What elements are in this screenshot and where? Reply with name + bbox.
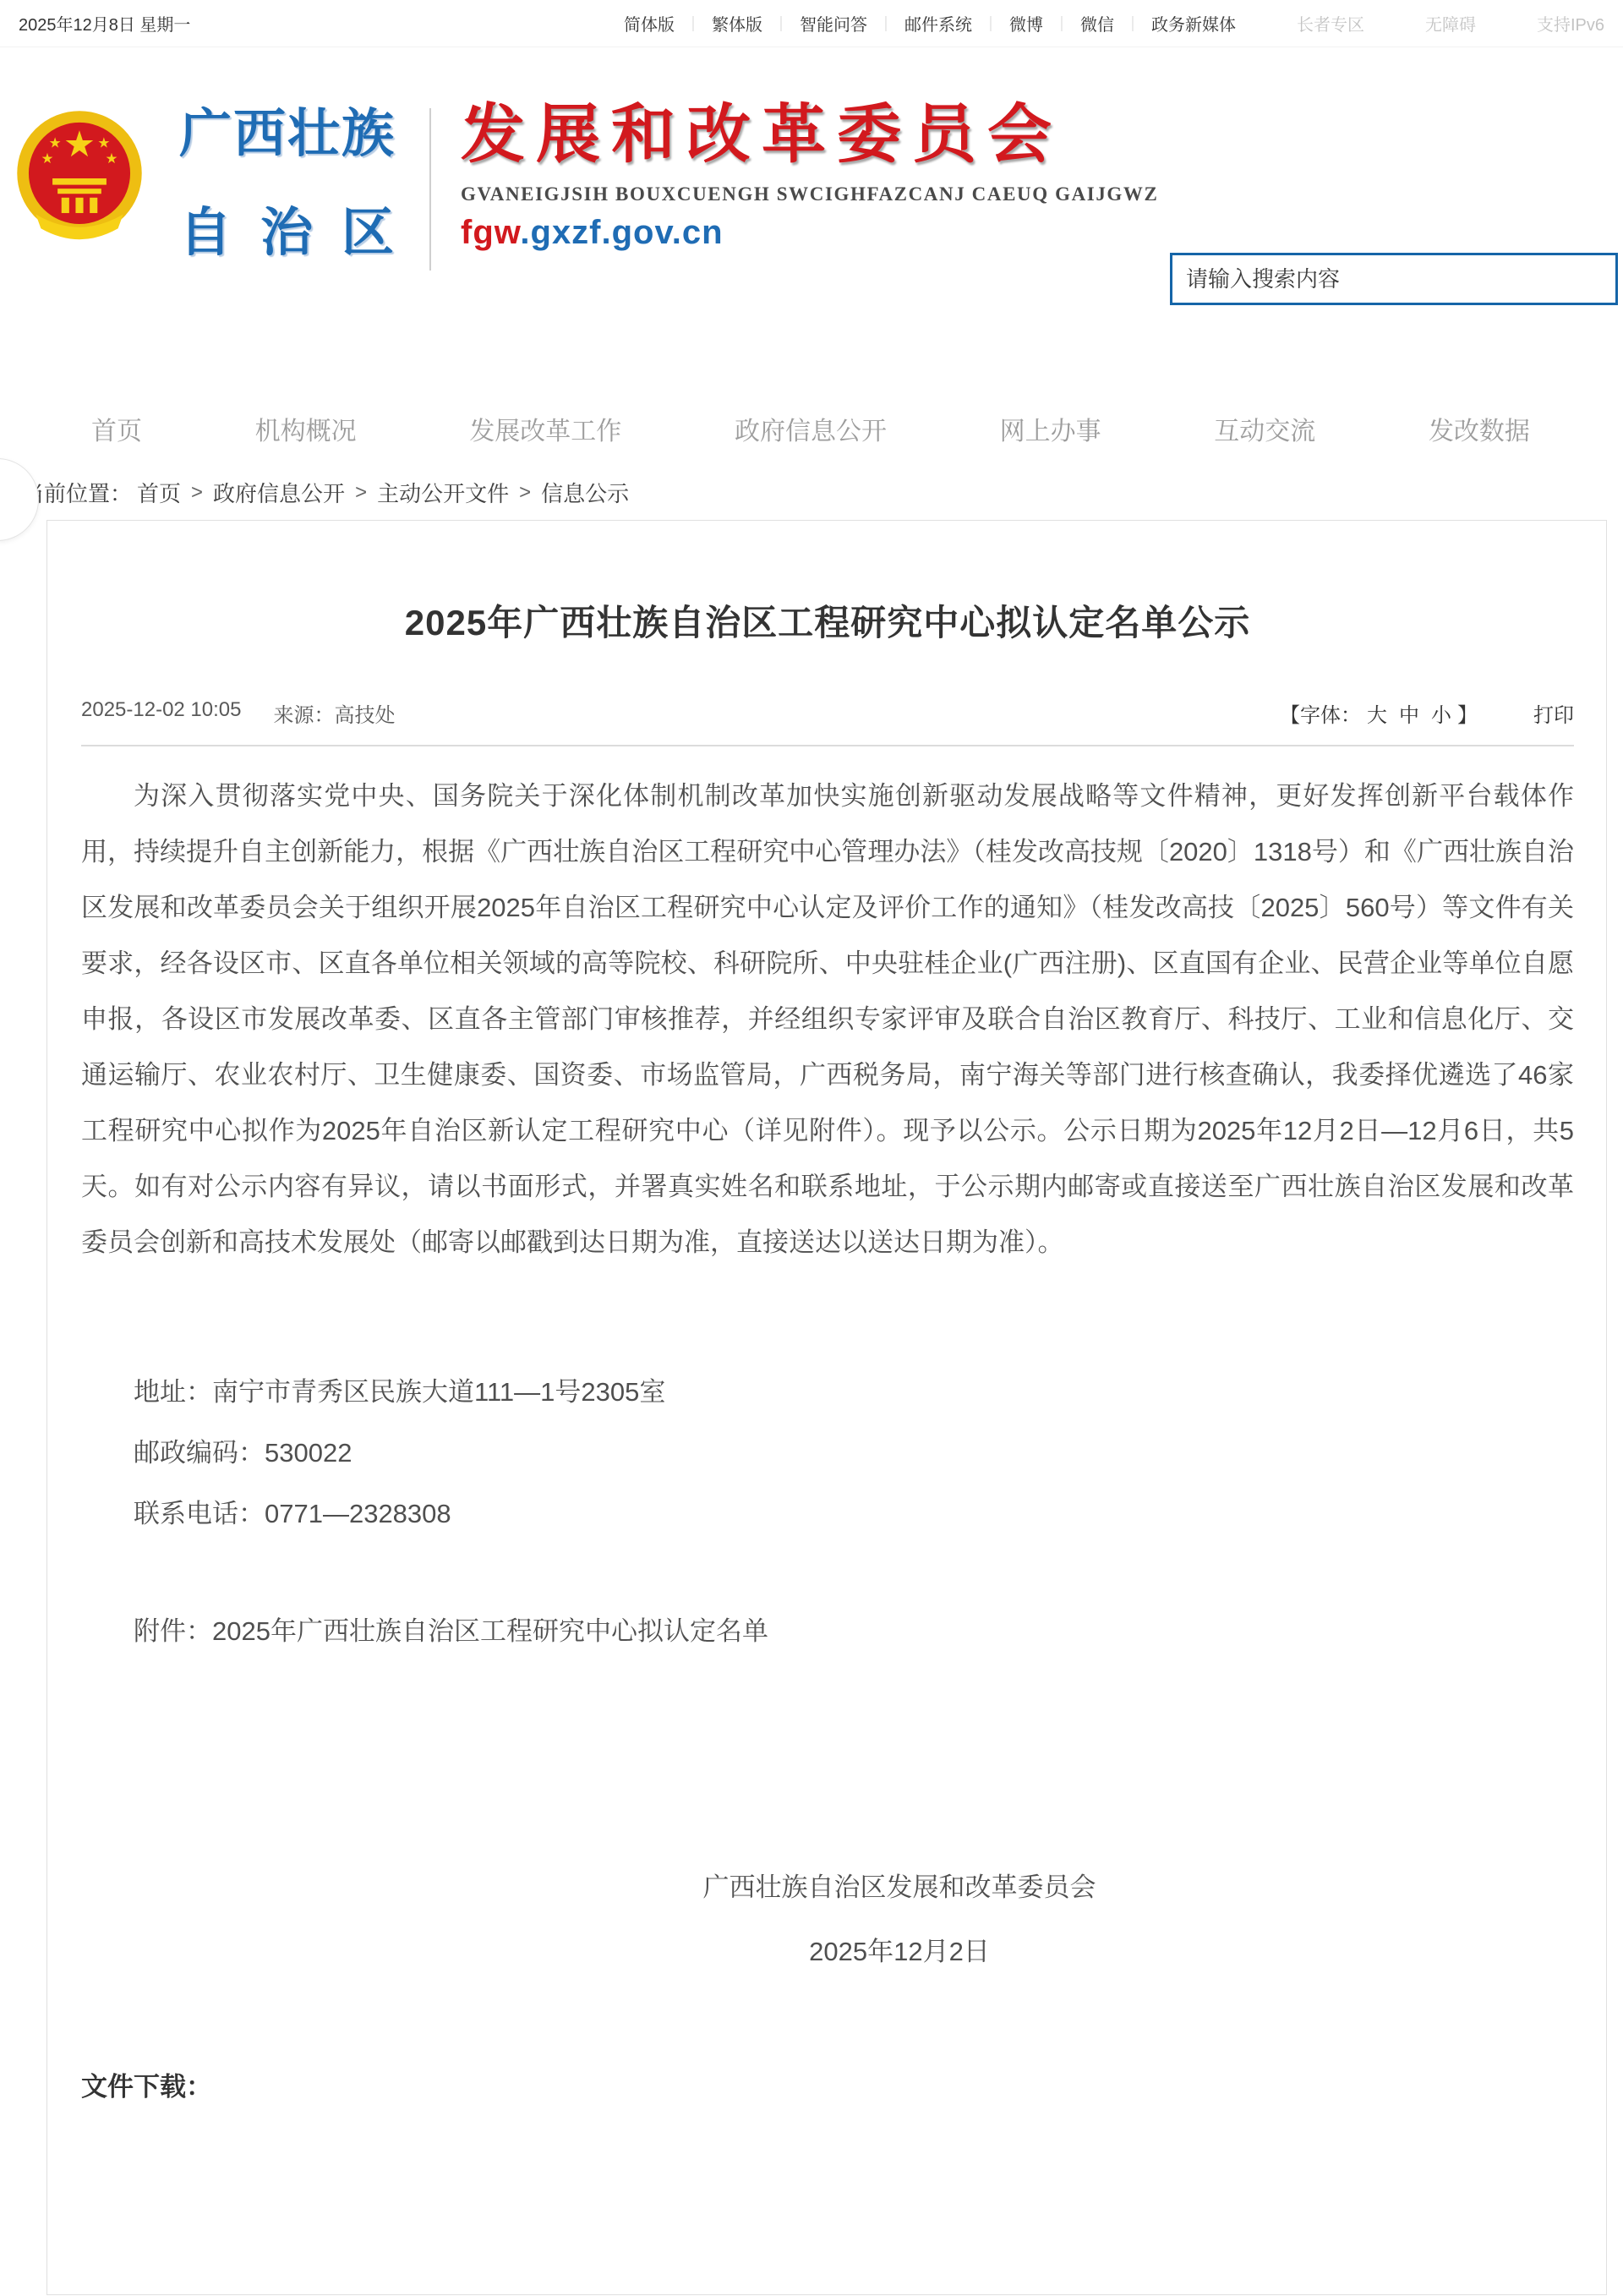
separator: ｜ (1054, 13, 1069, 35)
link-simplified[interactable]: 简体版 (624, 11, 675, 36)
separator: ｜ (878, 13, 893, 35)
font-widget-prefix: 【字体： (1280, 698, 1361, 728)
article-meta-right: 【字体： 大 中 小 】 打印 (1280, 698, 1574, 728)
breadcrumb-public-notice[interactable]: 信息公示 (541, 477, 629, 508)
font-size-medium-button[interactable]: 中 (1399, 698, 1419, 728)
meta-divider (81, 745, 1574, 746)
nav-info-disclosure[interactable]: 政府信息公开 (735, 410, 887, 447)
file-download-label: 文件下载： (81, 2065, 1574, 2103)
svg-text:★: ★ (97, 135, 110, 151)
region-name-line1: 广西壮族 (179, 91, 396, 167)
svg-text:★: ★ (106, 150, 118, 167)
nav-interaction[interactable]: 互动交流 (1214, 410, 1315, 447)
org-website-url: fgw.gxzf.gov.cn (461, 214, 1158, 252)
nav-home[interactable]: 首页 (91, 410, 142, 447)
article-title: 2025年广西壮族自治区工程研究中心拟认定名单公示 (81, 595, 1574, 646)
current-date: 2025年12月8日 星期一 (19, 11, 190, 36)
svg-text:★: ★ (49, 135, 62, 151)
nav-online-service[interactable]: 网上办事 (1000, 410, 1101, 447)
national-emblem-icon: ★ ★ ★ ★ ★ (15, 96, 144, 261)
separator: ｜ (983, 13, 998, 35)
search-input[interactable] (1170, 253, 1618, 305)
article-meta-left: 2025-12-02 10:05 来源：高技处 (81, 698, 396, 728)
main-navigation: 首页 机构概况 发展改革工作 政府信息公开 网上办事 互动交流 发改数据 (0, 399, 1623, 458)
breadcrumb-home[interactable]: 首页 (137, 477, 181, 508)
article-meta-row: 2025-12-02 10:05 来源：高技处 【字体： 大 中 小 】 打印 (81, 698, 1574, 728)
breadcrumb-separator: > (519, 481, 531, 505)
contact-block: 地址：南宁市青秀区民族大道111—1号2305室 邮政编码：530022 联系电… (81, 1362, 1574, 1544)
region-name-line2: 自治区 (179, 190, 424, 265)
svg-text:★: ★ (41, 150, 54, 167)
link-ipv6[interactable]: 支持IPv6 (1537, 11, 1604, 36)
link-accessibility[interactable]: 无障碍 (1425, 11, 1476, 36)
link-mail-system[interactable]: 邮件系统 (904, 11, 972, 36)
main-paragraph: 为深入贯彻落实党中央、国务院关于深化体制机制改革加快实施创新驱动发展战略等文件精… (81, 768, 1574, 1271)
separator: ｜ (1125, 13, 1140, 35)
article-source: 来源：高技处 (274, 698, 396, 728)
org-subtitle-zhuang: GVANEIGJSIH BOUXCUENGH SWCIGHFAZCANJ CAE… (461, 183, 1158, 205)
breadcrumb-separator: > (191, 481, 203, 505)
font-size-large-button[interactable]: 大 (1367, 698, 1387, 728)
link-weibo[interactable]: 微博 (1009, 11, 1043, 36)
org-title: 发展和改革委员会 (461, 83, 1158, 175)
link-gov-media[interactable]: 政务新媒体 (1151, 11, 1236, 36)
signature-date: 2025年12月2日 (153, 1920, 1623, 1984)
svg-text:★: ★ (63, 124, 96, 165)
top-utility-bar: 2025年12月8日 星期一 简体版 ｜ 繁体版 ｜ 智能问答 ｜ 邮件系统 ｜… (0, 0, 1623, 47)
site-logo[interactable]: ★ ★ ★ ★ ★ 广西壮族 自治区 (15, 91, 396, 265)
url-suffix: .gxzf.gov.cn (520, 214, 723, 251)
breadcrumb-active-documents[interactable]: 主动公开文件 (377, 477, 509, 508)
url-prefix: fgw (461, 214, 520, 251)
separator: ｜ (773, 13, 789, 35)
region-name: 广西壮族 自治区 (179, 91, 396, 265)
header-divider (429, 108, 431, 271)
article-panel: 2025年广西壮族自治区工程研究中心拟认定名单公示 2025-12-02 10:… (46, 520, 1607, 2295)
contact-postcode: 邮政编码：530022 (81, 1423, 1574, 1484)
link-smart-qa[interactable]: 智能问答 (800, 11, 867, 36)
contact-phone: 联系电话：0771—2328308 (81, 1484, 1574, 1544)
breadcrumb: 当前位置： 首页 > 政府信息公开 > 主动公开文件 > 信息公示 (0, 477, 1623, 508)
publish-datetime: 2025-12-02 10:05 (81, 698, 242, 728)
signature-block: 广西壮族自治区发展和改革委员会 2025年12月2日 (153, 1856, 1623, 1984)
contact-address: 地址：南宁市青秀区民族大道111—1号2305室 (81, 1362, 1574, 1423)
site-header: ★ ★ ★ ★ ★ 广西壮族 自治区 发展和改革委员会 GVANEIGJSIH … (0, 47, 1623, 335)
article-body: 为深入贯彻落实党中央、国务院关于深化体制机制改革加快实施创新驱动发展战略等文件精… (81, 768, 1574, 1984)
nav-org-overview[interactable]: 机构概况 (255, 410, 357, 447)
print-button[interactable]: 打印 (1533, 698, 1574, 728)
font-size-small-button[interactable]: 小 (1431, 698, 1451, 728)
font-widget-suffix: 】 (1457, 698, 1478, 728)
link-traditional[interactable]: 繁体版 (712, 11, 762, 36)
signature-org: 广西壮族自治区发展和改革委员会 (153, 1856, 1623, 1920)
top-links: 简体版 ｜ 繁体版 ｜ 智能问答 ｜ 邮件系统 ｜ 微博 ｜ 微信 ｜ 政务新媒… (624, 11, 1604, 36)
separator: ｜ (686, 13, 701, 35)
nav-reform-work[interactable]: 发展改革工作 (469, 410, 621, 447)
floating-widget[interactable] (0, 458, 39, 541)
link-senior-zone[interactable]: 长者专区 (1297, 11, 1364, 36)
org-title-block: 发展和改革委员会 GVANEIGJSIH BOUXCUENGH SWCIGHFA… (461, 83, 1158, 252)
nav-data[interactable]: 发改数据 (1429, 410, 1530, 447)
breadcrumb-info-disclosure[interactable]: 政府信息公开 (213, 477, 345, 508)
attachment-line: 附件：2025年广西壮族自治区工程研究中心拟认定名单 (81, 1604, 1574, 1659)
breadcrumb-separator: > (355, 481, 367, 505)
link-wechat[interactable]: 微信 (1080, 11, 1114, 36)
